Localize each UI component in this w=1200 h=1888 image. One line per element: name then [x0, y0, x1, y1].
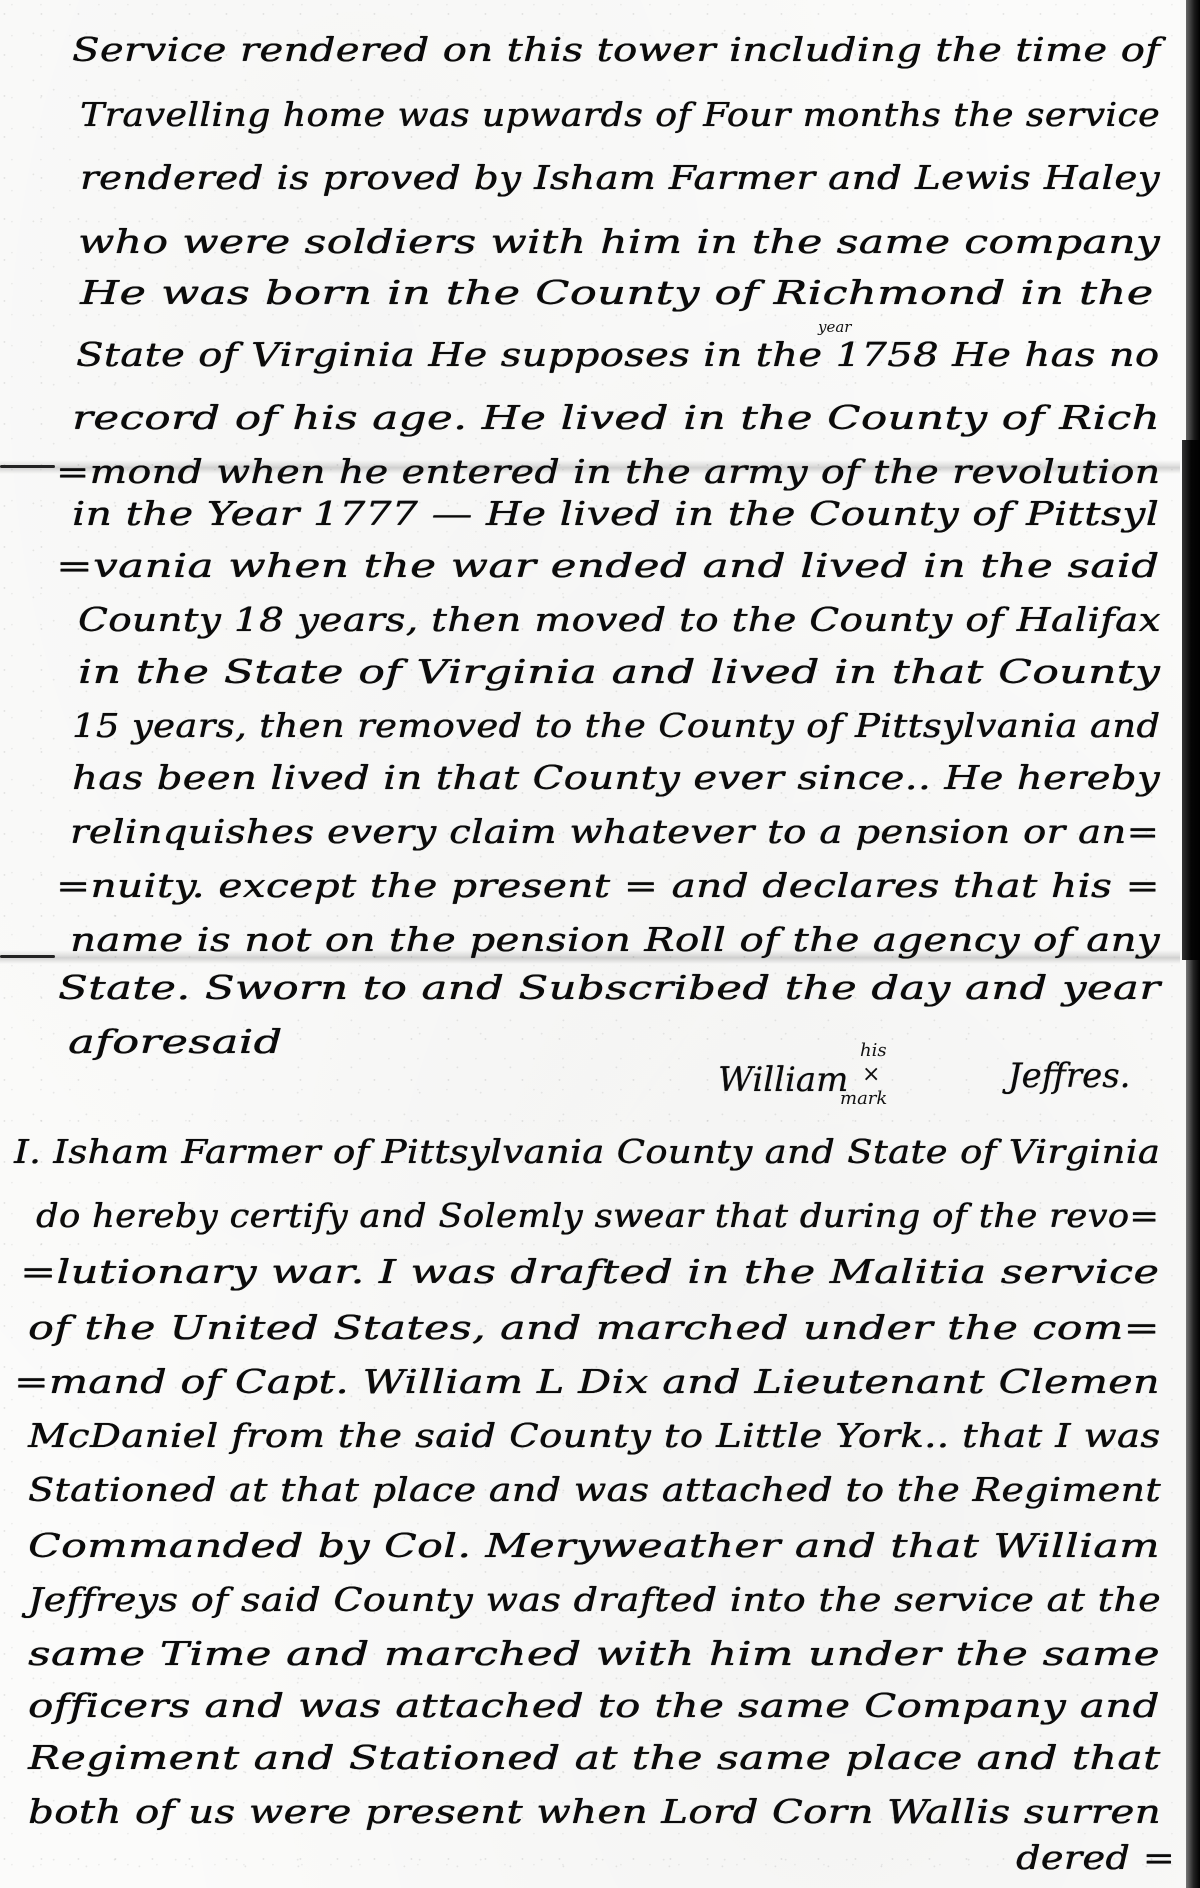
signature-first-name: William	[718, 1060, 848, 1100]
handwritten-line: rendered is proved by Isham Farmer and L…	[80, 158, 1160, 197]
handwritten-line: in the State of Virginia and lived in th…	[78, 652, 1160, 691]
scanned-document-page: Service rendered on this tower including…	[0, 0, 1200, 1888]
handwritten-line: Service rendered on this tower including…	[72, 30, 1160, 69]
handwritten-line: 15 years, then removed to the County of …	[72, 706, 1160, 745]
handwritten-line: Commanded by Col. Meryweather and that W…	[28, 1526, 1160, 1565]
signature-mark-label: mark	[840, 1088, 887, 1109]
signature-x-mark-icon: ×	[862, 1062, 880, 1087]
handwritten-line: in the Year 1777 — He lived in the Count…	[72, 494, 1159, 533]
handwritten-line: =mand of Capt. William L Dix and Lieuten…	[14, 1362, 1160, 1401]
handwritten-line: aforesaid	[68, 1022, 283, 1061]
signature-his-label: his	[860, 1040, 887, 1061]
handwritten-line: same Time and marched with him under the…	[28, 1634, 1160, 1673]
handwritten-line: State of Virginia He supposes in the 175…	[76, 335, 1159, 374]
handwritten-line: =vania when the war ended and lived in t…	[56, 546, 1159, 585]
handwritten-line: Travelling home was upwards of Four mont…	[80, 95, 1160, 134]
handwritten-line: =mond when he entered in the army of the…	[56, 452, 1160, 491]
handwritten-line: County 18 years, then moved to the Count…	[78, 600, 1161, 639]
handwritten-line: Jeffreys of said County was drafted into…	[28, 1580, 1161, 1619]
handwritten-line: relinquishes every claim whatever to a p…	[70, 812, 1159, 851]
handwritten-line: =lutionary war. I was drafted in the Mal…	[20, 1252, 1159, 1291]
handwritten-line: name is not on the pension Roll of the a…	[70, 920, 1160, 959]
handwritten-line: =nuity. except the present = and declare…	[56, 866, 1160, 905]
margin-mark	[0, 465, 55, 468]
handwritten-line: officers and was attached to the same Co…	[28, 1686, 1160, 1725]
handwritten-line: of the United States, and marched under …	[28, 1308, 1160, 1347]
handwritten-line: State. Sworn to and Subscribed the day a…	[58, 968, 1160, 1007]
handwritten-line: He was born in the County of Richmond in…	[80, 273, 1154, 312]
page-edge-shadow	[1182, 440, 1200, 960]
year-superscript: year	[818, 318, 851, 336]
page-edge-shadow	[1186, 960, 1200, 1888]
handwritten-line: who were soldiers with him in the same c…	[78, 222, 1160, 261]
handwritten-line: record of his age. He lived in the Count…	[72, 398, 1160, 437]
page-edge-shadow	[1186, 0, 1200, 440]
handwritten-line: McDaniel from the said County to Little …	[28, 1416, 1160, 1455]
handwritten-line: has been lived in that County ever since…	[72, 758, 1160, 797]
margin-mark	[0, 955, 55, 958]
signature-last-name: Jeffres.	[1008, 1056, 1130, 1096]
handwritten-line: Stationed at that place and was attached…	[28, 1470, 1161, 1509]
handwritten-line: Regiment and Stationed at the same place…	[28, 1738, 1161, 1777]
handwritten-line: dered =	[1016, 1838, 1175, 1877]
handwritten-line: do hereby certify and Solemly swear that…	[36, 1196, 1159, 1235]
handwritten-line: I. Isham Farmer of Pittsylvania County a…	[14, 1132, 1160, 1171]
handwritten-line: both of us were present when Lord Corn W…	[28, 1792, 1161, 1831]
